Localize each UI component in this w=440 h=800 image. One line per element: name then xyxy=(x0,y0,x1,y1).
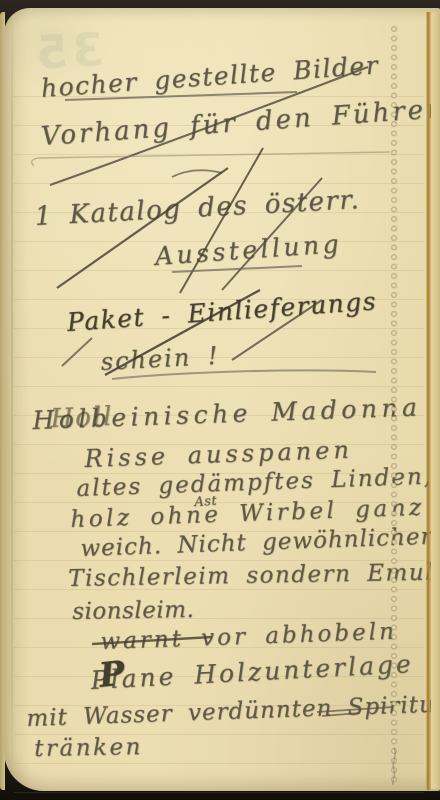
handwriting-line: tränken xyxy=(34,734,143,762)
stitching-holes xyxy=(389,24,400,786)
notebook-page: 35 hocher gestellte BilderVorhang für de… xyxy=(4,8,440,791)
notebook-page-scan: 35 hocher gestellte BilderVorhang für de… xyxy=(0,0,440,800)
insert-word: Ast xyxy=(194,494,218,510)
page-stack-edge-right xyxy=(431,13,440,789)
page-crease xyxy=(11,14,13,786)
overwrite-fragment: Holl xyxy=(50,402,114,434)
overwritten-initial: P xyxy=(97,653,127,695)
handwriting-line: sionsleim. xyxy=(72,597,195,625)
